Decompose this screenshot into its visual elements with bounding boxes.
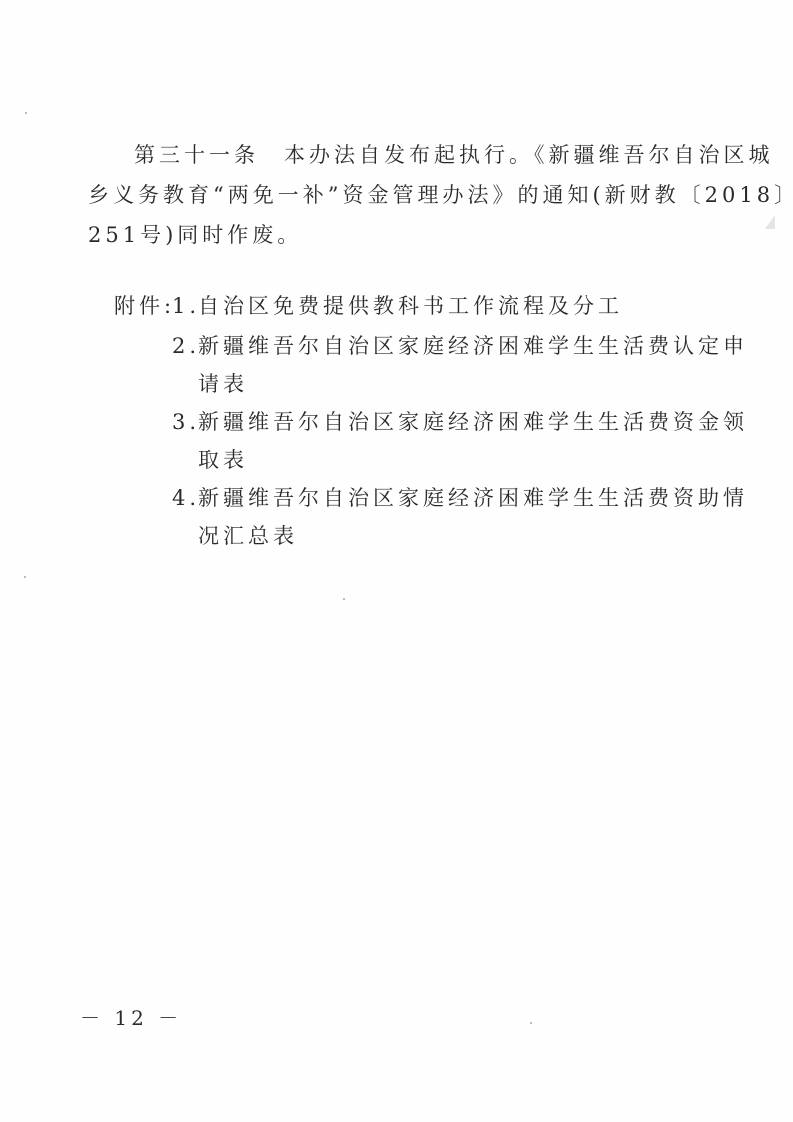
scan-speck [25, 112, 27, 114]
attachment-4-number: 4. [172, 484, 200, 512]
scan-speck [530, 1022, 532, 1024]
attachment-3-number: 3. [172, 408, 200, 436]
attachment-3-title-line-2: 取表 [198, 446, 248, 474]
attachment-2-title-line-2: 请表 [198, 370, 248, 398]
article-line-1: 第三十一条 本办法自发布起执行。《新疆维吾尔自治区城 [134, 141, 774, 169]
document-page: 第三十一条 本办法自发布起执行。《新疆维吾尔自治区城 乡义务教育“两免一补”资金… [0, 0, 793, 1122]
scan-speck [343, 598, 345, 600]
attachment-4-title-line-2: 况汇总表 [198, 522, 298, 550]
page-number: － 12 － [80, 1002, 182, 1031]
article-line-3: 251号)同时作废。 [88, 221, 302, 249]
attachment-1-number: 1. [172, 292, 200, 320]
article-line-2: 乡义务教育“两免一补”资金管理办法》的通知(新财教〔2018〕 [88, 181, 793, 209]
attachment-2-number: 2. [172, 332, 200, 360]
attachment-1-title: 自治区免费提供教科书工作流程及分工 [198, 292, 623, 320]
scan-artifact [765, 215, 775, 229]
attachment-3-title-line-1: 新疆维吾尔自治区家庭经济困难学生生活费资金领 [198, 408, 748, 436]
attachment-2-title-line-1: 新疆维吾尔自治区家庭经济困难学生生活费认定申 [198, 332, 748, 360]
attachment-4-title-line-1: 新疆维吾尔自治区家庭经济困难学生生活费资助情 [198, 484, 748, 512]
attachments-label: 附件: [114, 292, 175, 320]
scan-speck [24, 576, 26, 578]
